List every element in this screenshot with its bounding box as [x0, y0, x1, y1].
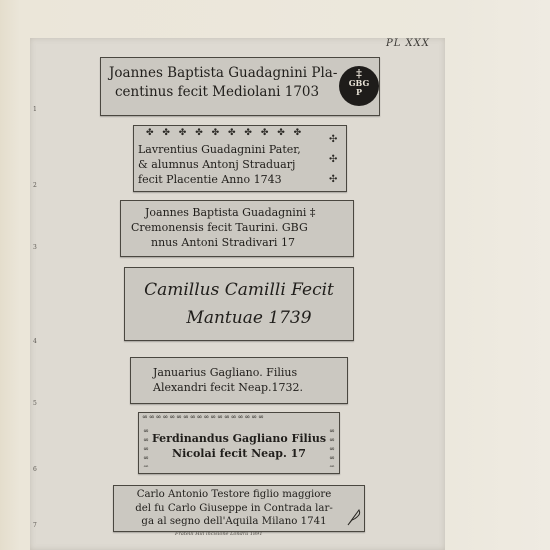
label-1-line-1: Joannes Baptista Guadagnini Pla- [109, 64, 337, 83]
margin-number-4: 4 [33, 338, 37, 345]
margin-number-6: 6 [33, 466, 37, 473]
label-2-line-2: & alumnus Antonj Straduarj [138, 157, 301, 172]
maker-seal-icon: ‡ GBG P [339, 66, 379, 106]
label-5-line-2: Alexandri fecit Neap.1732. [153, 380, 303, 395]
label-1-line-2: centinus fecit Mediolani 1703 [109, 83, 337, 102]
margin-number-2: 2 [33, 182, 37, 189]
label-guadagnini-milan: Joannes Baptista Guadagnini Pla- centinu… [100, 57, 380, 116]
label-7-line-3: ga al segno dell'Aquila Milano 1741 [120, 515, 348, 529]
margin-number-5: 5 [33, 400, 37, 407]
label-januarius-gagliano: Januarius Gagliano. Filius Alexandri fec… [130, 357, 348, 404]
margin-number-1: 1 [33, 106, 37, 113]
margin-number-3: 3 [33, 244, 37, 251]
label-3-line-1: Joannes Baptista Guadagnini ‡ [131, 205, 315, 220]
label-3-line-2: Cremonensis fecit Taurini. GBG [131, 220, 315, 235]
label-5-line-1: Januarius Gagliano. Filius [153, 365, 303, 380]
label-6-line-2: Nicolai fecit Neap. 17 [139, 446, 339, 461]
label-lorenzo-guadagnini: ✤ ✤ ✤ ✤ ✤ ✤ ✤ ✤ ✤ ✤ Lavrentius Guadagnin… [133, 125, 347, 192]
label-camilli-mantua: Camillus Camilli Fecit Mantuae 1739 [124, 267, 354, 341]
engraver-caption: Fratelli Hill incisione Londra 1891 [175, 531, 263, 537]
label-7-line-1: Carlo Antonio Testore figlio maggiore [120, 488, 348, 502]
label-2-line-3: fecit Placentie Anno 1743 [138, 172, 301, 187]
label-2-line-1: Lavrentius Guadagnini Pater, [138, 142, 301, 157]
quill-pen-icon [346, 508, 362, 526]
fleuron-row-icon: ✤ ✤ ✤ ✤ ✤ ✤ ✤ ✤ ✤ ✤ [146, 128, 304, 138]
label-7-line-2: del fu Carlo Giuseppe in Contrada lar- [120, 502, 348, 516]
label-4-line-1: Camillus Camilli Fecit [125, 276, 353, 304]
label-testore-milan: Carlo Antonio Testore figlio maggiore de… [113, 485, 365, 532]
label-guadagnini-turin: Joannes Baptista Guadagnini ‡ Cremonensi… [120, 200, 354, 257]
chain-border-top-icon: ∞∞∞∞∞∞∞∞∞∞∞∞∞∞∞∞∞∞ [142, 413, 265, 421]
side-fleuron-icon: ✣ ✣ ✣ [329, 130, 337, 190]
label-ferdinandus-gagliano: ∞∞∞∞∞∞∞∞∞∞∞∞∞∞∞∞∞∞ ∞∞∞∞∞∞ ∞∞∞∞∞∞ Ferdina… [138, 412, 340, 474]
plate-title: PL XXX [386, 38, 430, 49]
label-4-line-2: Mantuae 1739 [125, 304, 353, 332]
label-3-line-3: nnus Antoni Stradivari 17 [131, 235, 315, 250]
label-6-line-1: Ferdinandus Gagliano Filius [139, 431, 339, 446]
margin-number-7: 7 [33, 522, 37, 529]
